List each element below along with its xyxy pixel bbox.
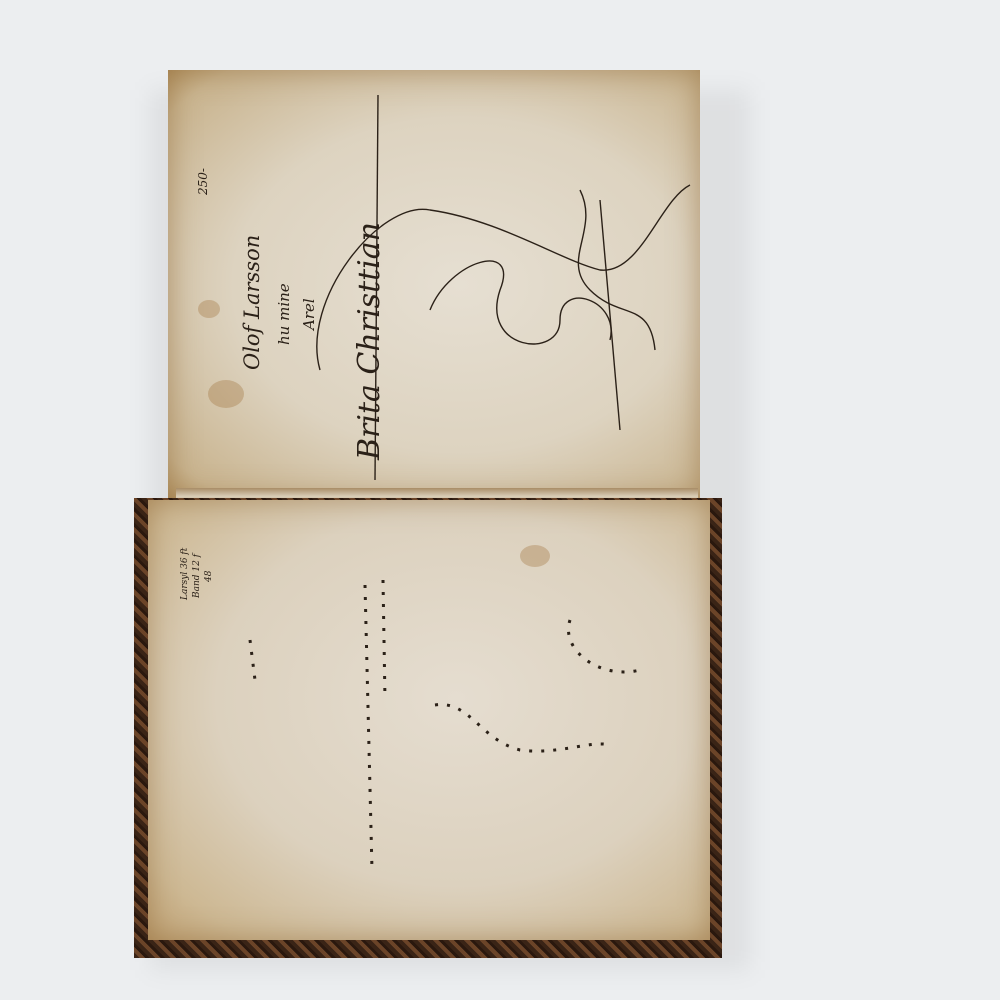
ink-scribbles [0,0,1000,1000]
